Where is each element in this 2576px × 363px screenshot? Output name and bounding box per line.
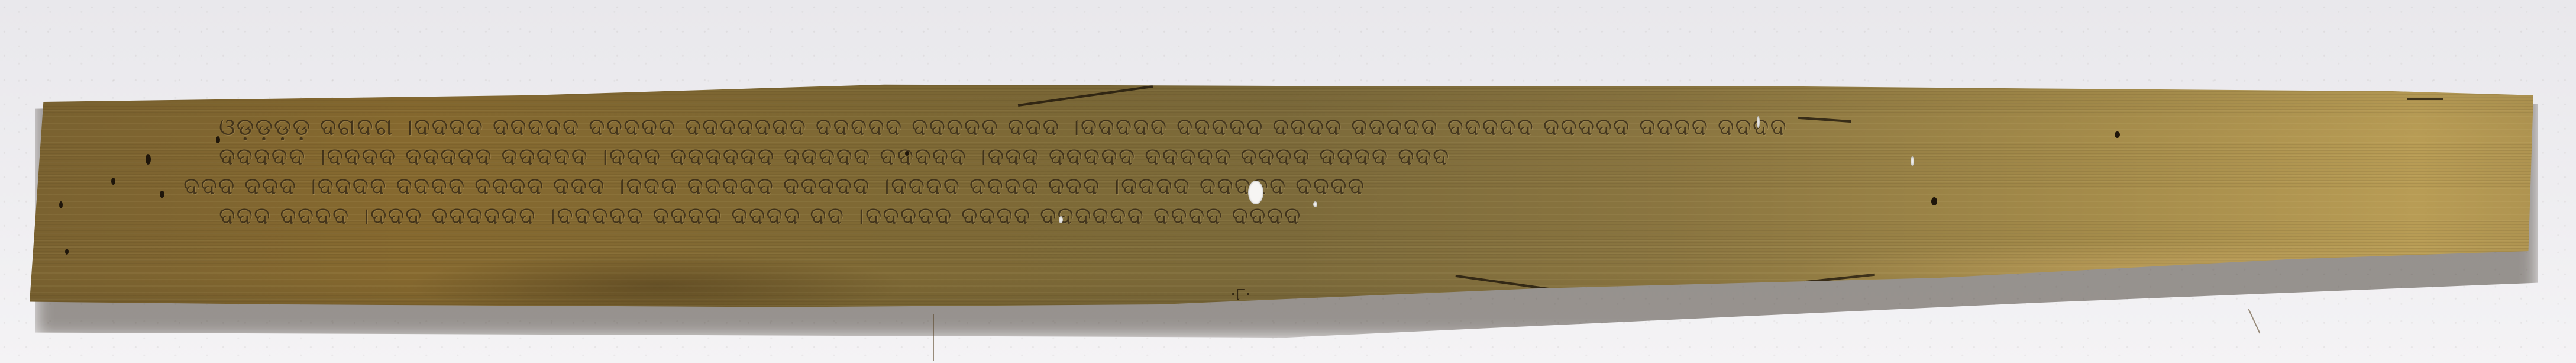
worm-hole: [1911, 156, 1914, 166]
worm-hole: [59, 201, 63, 208]
script-line-3: ଦଦଦ ଦଦଦ ।ଦଦଦଦ ଦଦଦଦ ଦଦଦଦ ଦଦଦ ।ଦଦଦ ଦଦଦଦଦ ଦ…: [183, 173, 1365, 200]
leaf-crack: [2407, 98, 2443, 100]
loose-fiber: [933, 314, 934, 361]
worm-hole: [1757, 116, 1760, 128]
leaf-crack: [1018, 85, 1153, 107]
worm-hole: [1059, 216, 1063, 223]
script-line-2: ଦଦଦଦଦ ।ଦଦଦଦ ଦଦଦଦଦ ଦଦଦଦଦ ।ଦଦଦ ଦଦଦଦଦଦ ଦଦଦଦ…: [219, 143, 1450, 171]
worm-hole: [1931, 197, 1937, 205]
worm-hole: [1313, 201, 1317, 207]
worm-hole: [160, 191, 164, 198]
string-hole: [1248, 181, 1263, 204]
leaf-crack: [1456, 275, 1550, 290]
script-line-4: ଦଦଦ ଦଦଦଦ ।ଦଦଦ ଦଦଦଦଦଦ ।ଦଦଦଦଦ ଦଦଦଦ ଦଦଦଦ ଦଦ…: [219, 203, 1302, 230]
worm-hole: [146, 154, 151, 165]
script-line-1: ଓଡ଼ଡ଼ଡ଼ଡ଼ ଦଗଦଗ ।ଦଦଦଦ ଦଦଦଦଦ ଦଦଦଦଦ ଦଦଦଦଦଦଦ…: [219, 114, 1788, 141]
worm-hole: [905, 151, 909, 156]
worm-hole: [2115, 131, 2120, 138]
worm-hole: [65, 249, 69, 255]
worm-hole: [111, 178, 115, 185]
worm-hole: [216, 136, 220, 143]
leaf-crack: [1798, 117, 1851, 123]
